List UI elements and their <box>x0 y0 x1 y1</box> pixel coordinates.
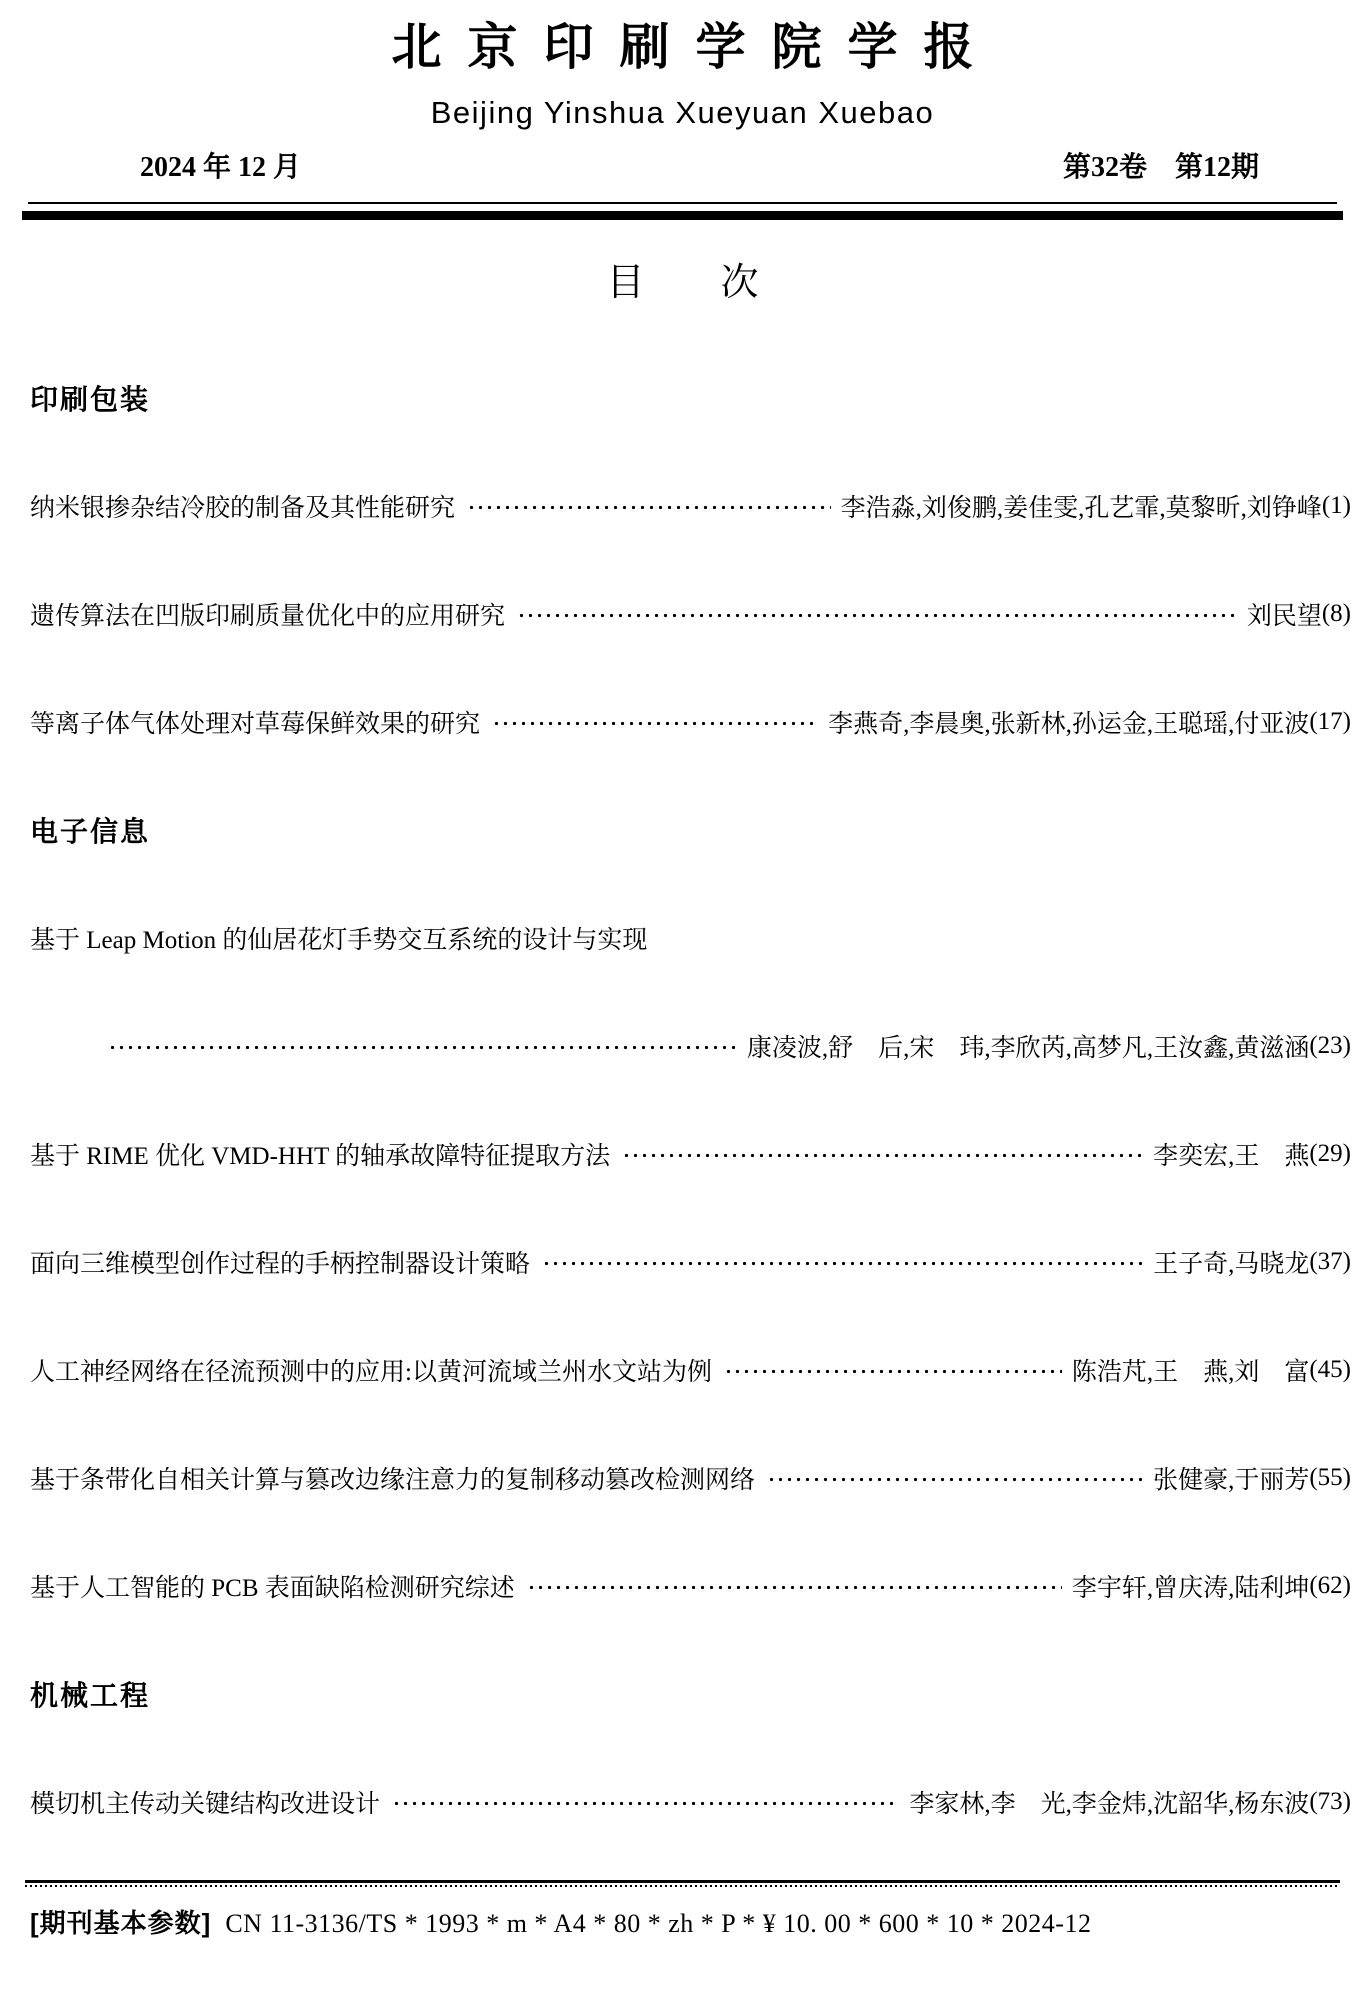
toc-entry: 基于条带化自相关计算与篡改边缘注意力的复制移动篡改检测网络 张健豪,于丽芳 (5… <box>30 1424 1351 1532</box>
article-authors: 李浩淼,刘俊鹏,姜佳雯,孔艺霏,莫黎昕,刘铮峰 <box>841 488 1322 524</box>
article-authors: 李家林,李 光,李金炜,沈韶华,杨东波 <box>909 1784 1309 1820</box>
dot-leader <box>724 1316 1062 1424</box>
toc-entry: 遗传算法在凹版印刷质量优化中的应用研究 刘民望 (8) <box>30 560 1351 668</box>
toc-heading: 目 次 <box>0 264 1365 302</box>
article-page-number: (29) <box>1309 1140 1351 1168</box>
dot-leader <box>767 1424 1143 1532</box>
toc-entry: 模切机主传动关键结构改进设计 李家林,李 光,李金炜,沈韶华,杨东波 (73) <box>30 1748 1351 1856</box>
toc-entry: 基于 RIME 优化 VMD-HHT 的轴承故障特征提取方法 李奕宏,王 燕 (… <box>30 1100 1351 1208</box>
section-row-printing-packaging: 印刷包装 <box>30 344 1351 452</box>
footer-rule-solid <box>25 1880 1340 1883</box>
article-title: 基于 RIME 优化 VMD-HHT 的轴承故障特征提取方法 <box>30 1136 610 1172</box>
section-heading-electronic-information: 电子信息 <box>30 810 150 850</box>
journal-header: 北京印刷学院学报 Beijing Yinshua Xueyuan Xuebao … <box>0 0 1365 185</box>
toc-entry-continuation: 康凌波,舒 后,宋 玮,李欣芮,高梦凡,王汝鑫,黄滋涵 (23) <box>96 992 1351 1100</box>
article-authors: 李燕奇,李晨奥,张新林,孙运金,王聪瑶,付亚波 <box>828 704 1309 740</box>
article-title: 基于 Leap Motion 的仙居花灯手势交互系统的设计与实现 <box>30 920 647 956</box>
dot-leader <box>492 668 818 776</box>
article-authors: 刘民望 <box>1247 596 1322 632</box>
article-page-number: (37) <box>1309 1248 1351 1276</box>
article-authors: 李奕宏,王 燕 <box>1153 1136 1309 1172</box>
article-title: 面向三维模型创作过程的手柄控制器设计策略 <box>30 1244 530 1280</box>
journal-title-romanized: Beijing Yinshua Xueyuan Xuebao <box>0 95 1365 131</box>
article-page-number: (62) <box>1309 1572 1351 1600</box>
article-page-number: (55) <box>1309 1464 1351 1492</box>
article-title: 基于人工智能的 PCB 表面缺陷检测研究综述 <box>30 1568 515 1604</box>
article-authors: 陈浩芃,王 燕,刘 富 <box>1072 1352 1310 1388</box>
toc-entry: 面向三维模型创作过程的手柄控制器设计策略 王子奇,马晓龙 (37) <box>30 1208 1351 1316</box>
article-title: 纳米银掺杂结冷胶的制备及其性能研究 <box>30 488 455 524</box>
journal-parameters-values: CN 11-3136/TS * 1993 * m * A4 * 80 * zh … <box>225 1909 1091 1939</box>
article-title: 遗传算法在凹版印刷质量优化中的应用研究 <box>30 596 505 632</box>
journal-parameters-line: [期刊基本参数] CN 11-3136/TS * 1993 * m * A4 *… <box>0 1887 1365 1940</box>
article-title: 人工神经网络在径流预测中的应用:以黄河流域兰州水文站为例 <box>30 1352 712 1388</box>
journal-parameters-label: [期刊基本参数] <box>30 1903 211 1940</box>
section-heading-mechanical-engineering: 机械工程 <box>30 1674 150 1714</box>
dot-leader <box>392 1748 899 1856</box>
article-title: 等离子体气体处理对草莓保鲜效果的研究 <box>30 704 480 740</box>
article-page-number: (23) <box>1309 1032 1351 1060</box>
article-title: 基于条带化自相关计算与篡改边缘注意力的复制移动篡改检测网络 <box>30 1460 755 1496</box>
article-authors: 康凌波,舒 后,宋 玮,李欣芮,高梦凡,王汝鑫,黄滋涵 <box>747 1028 1310 1064</box>
section-row-electronic-information: 电子信息 <box>30 776 1351 884</box>
dot-leader <box>622 1100 1143 1208</box>
issue-date: 2024 年 12 月 <box>140 145 301 185</box>
article-page-number: (1) <box>1322 492 1351 520</box>
article-title: 模切机主传动关键结构改进设计 <box>30 1784 380 1820</box>
journal-title-chinese: 北京印刷学院学报 <box>0 20 1365 75</box>
section-heading-printing-packaging: 印刷包装 <box>30 378 150 418</box>
article-authors: 张健豪,于丽芳 <box>1153 1460 1309 1496</box>
issue-info-row: 2024 年 12 月 第32卷 第12期 <box>0 131 1365 185</box>
toc-entry: 等离子体气体处理对草莓保鲜效果的研究 李燕奇,李晨奥,张新林,孙运金,王聪瑶,付… <box>30 668 1351 776</box>
header-rule-thin <box>28 202 1337 204</box>
article-page-number: (8) <box>1322 600 1351 628</box>
toc-entry: 人工神经网络在径流预测中的应用:以黄河流域兰州水文站为例 陈浩芃,王 燕,刘 富… <box>30 1316 1351 1424</box>
toc-entry: 纳米银掺杂结冷胶的制备及其性能研究 李浩淼,刘俊鹏,姜佳雯,孔艺霏,莫黎昕,刘铮… <box>30 452 1351 560</box>
journal-toc-page: 北京印刷学院学报 Beijing Yinshua Xueyuan Xuebao … <box>0 0 1365 1992</box>
dot-leader <box>467 452 831 560</box>
dot-leader <box>527 1532 1062 1640</box>
article-page-number: (17) <box>1309 708 1351 736</box>
header-rule-thick <box>22 211 1343 220</box>
volume-issue: 第32卷 第12期 <box>1063 145 1259 185</box>
toc-content: 印刷包装 纳米银掺杂结冷胶的制备及其性能研究 李浩淼,刘俊鹏,姜佳雯,孔艺霏,莫… <box>0 344 1365 1856</box>
toc-entry: 基于人工智能的 PCB 表面缺陷检测研究综述 李宇轩,曾庆涛,陆利坤 (62) <box>30 1532 1351 1640</box>
article-authors: 李宇轩,曾庆涛,陆利坤 <box>1072 1568 1310 1604</box>
section-row-mechanical-engineering: 机械工程 <box>30 1640 1351 1748</box>
dot-leader <box>108 992 737 1100</box>
article-authors: 王子奇,马晓龙 <box>1153 1244 1309 1280</box>
article-page-number: (73) <box>1309 1788 1351 1816</box>
article-page-number: (45) <box>1309 1356 1351 1384</box>
dot-leader <box>517 560 1237 668</box>
toc-entry: 基于 Leap Motion 的仙居花灯手势交互系统的设计与实现 <box>30 884 1351 992</box>
dot-leader <box>542 1208 1143 1316</box>
